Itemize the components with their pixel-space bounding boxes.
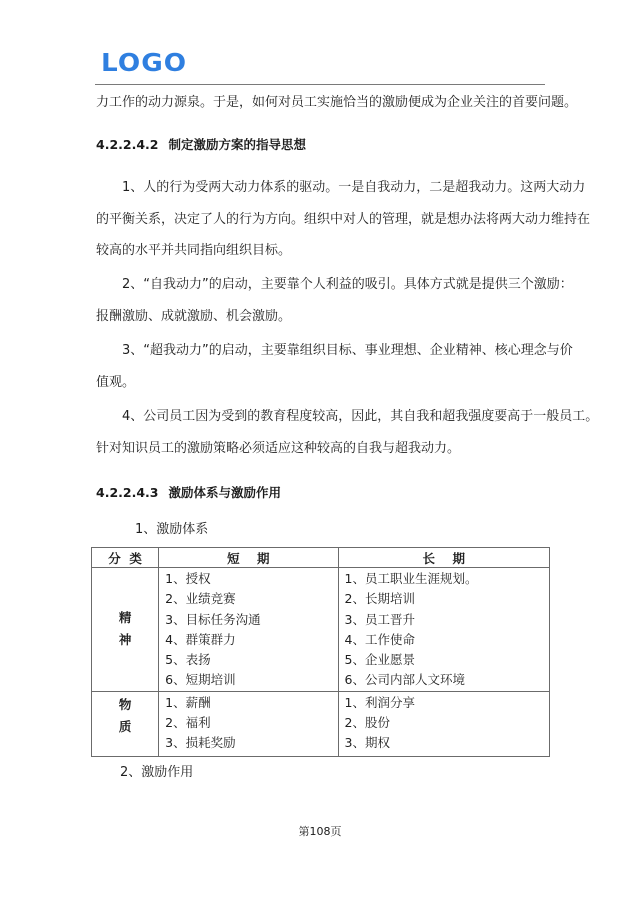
header-divider (95, 84, 545, 85)
document-page: LOGO 力工作的动力源泉。于是，如何对员工实施恰当的激励便成为企业关注的首要问… (0, 0, 640, 906)
list-item: 2、业绩竞赛 (165, 589, 337, 609)
list-item: 3、目标任务沟通 (165, 610, 337, 630)
list-item: 1、员工职业生涯规划。 (345, 569, 549, 589)
column-header-short-term: 短 期 (159, 548, 338, 568)
category-char: 神 (92, 629, 158, 651)
list-item: 1、授权 (165, 569, 337, 589)
section-number: 4.2.2.4.2 (96, 137, 158, 152)
long-term-list: 1、利润分享 2、股份 3、期权 (338, 691, 549, 756)
paragraph-line: 报酬激励、成就激励、机会激励。 (96, 309, 291, 325)
list-item: 1、薪酬 (165, 693, 337, 713)
list-item: 2、长期培训 (345, 589, 549, 609)
short-term-list: 1、薪酬 2、福利 3、损耗奖励 (159, 691, 338, 756)
paragraph-line: 1、人的行为受两大动力体系的驱动。一是自我动力，二是超我动力。这两大动力 (122, 180, 585, 196)
list-item: 4、工作使命 (345, 630, 549, 650)
paragraph-line: 的平衡关系，决定了人的行为方向。组织中对人的管理，就是想办法将两大动力维持在 (96, 212, 590, 228)
section-number: 4.2.2.4.3 (96, 485, 158, 500)
intro-line: 力工作的动力源泉。于是，如何对员工实施恰当的激励便成为企业关注的首要问题。 (96, 95, 577, 111)
list-item: 3、期权 (345, 733, 549, 753)
section-heading-incentive-system: 4.2.2.4.3激励体系与激励作用 (96, 485, 281, 501)
list-item: 1、利润分享 (345, 693, 549, 713)
paragraph-line: 4、公司员工因为受到的教育程度较高，因此，其自我和超我强度要高于一般员工。 (122, 409, 598, 425)
section-heading-guiding-principles: 4.2.2.4.2制定激励方案的指导思想 (96, 137, 306, 153)
section-title: 激励体系与激励作用 (168, 485, 281, 500)
paragraph-line: 值观。 (96, 375, 135, 391)
subheading-incentive-system: 1、激励体系 (135, 522, 208, 538)
page-number: 第108页 (0, 823, 640, 839)
incentive-table: 分 类 短 期 长 期 精 神 1、授权 2、业绩竞赛 3、目标任务沟通 4、群… (91, 547, 550, 757)
list-item: 3、损耗奖励 (165, 733, 337, 753)
category-char: 质 (92, 716, 158, 738)
category-cell-spiritual: 精 神 (92, 568, 159, 692)
table-row-spiritual: 精 神 1、授权 2、业绩竞赛 3、目标任务沟通 4、群策群力 5、表扬 6、短… (92, 568, 550, 692)
category-char: 物 (92, 694, 158, 716)
paragraph-line: 3、“超我动力”的启动，主要靠组织目标、事业理想、企业精神、核心理念与价 (122, 343, 573, 359)
list-item: 6、公司内部人文环境 (345, 670, 549, 690)
list-item: 5、表扬 (165, 650, 337, 670)
short-term-list: 1、授权 2、业绩竞赛 3、目标任务沟通 4、群策群力 5、表扬 6、短期培训 (159, 568, 338, 692)
table-row-material: 物 质 1、薪酬 2、福利 3、损耗奖励 1、利润分享 2、股份 3、期权 (92, 691, 550, 756)
logo: LOGO (101, 49, 187, 77)
list-item: 2、福利 (165, 713, 337, 733)
list-item: 5、企业愿景 (345, 650, 549, 670)
column-header-category: 分 类 (92, 548, 159, 568)
list-item: 4、群策群力 (165, 630, 337, 650)
paragraph-line: 针对知识员工的激励策略必须适应这种较高的自我与超我动力。 (96, 441, 460, 457)
paragraph-line: 2、“自我动力”的启动，主要靠个人利益的吸引。具体方式就是提供三个激励： (122, 277, 573, 293)
section-title: 制定激励方案的指导思想 (168, 137, 306, 152)
list-item: 6、短期培训 (165, 670, 337, 690)
subheading-incentive-effect: 2、激励作用 (120, 765, 193, 781)
list-item: 2、股份 (345, 713, 549, 733)
category-cell-material: 物 质 (92, 691, 159, 756)
list-item: 3、员工晋升 (345, 610, 549, 630)
table-header-row: 分 类 短 期 长 期 (92, 548, 550, 568)
category-char: 精 (92, 607, 158, 629)
column-header-long-term: 长 期 (338, 548, 549, 568)
paragraph-line: 较高的水平并共同指向组织目标。 (96, 243, 291, 259)
long-term-list: 1、员工职业生涯规划。 2、长期培训 3、员工晋升 4、工作使命 5、企业愿景 … (338, 568, 549, 692)
